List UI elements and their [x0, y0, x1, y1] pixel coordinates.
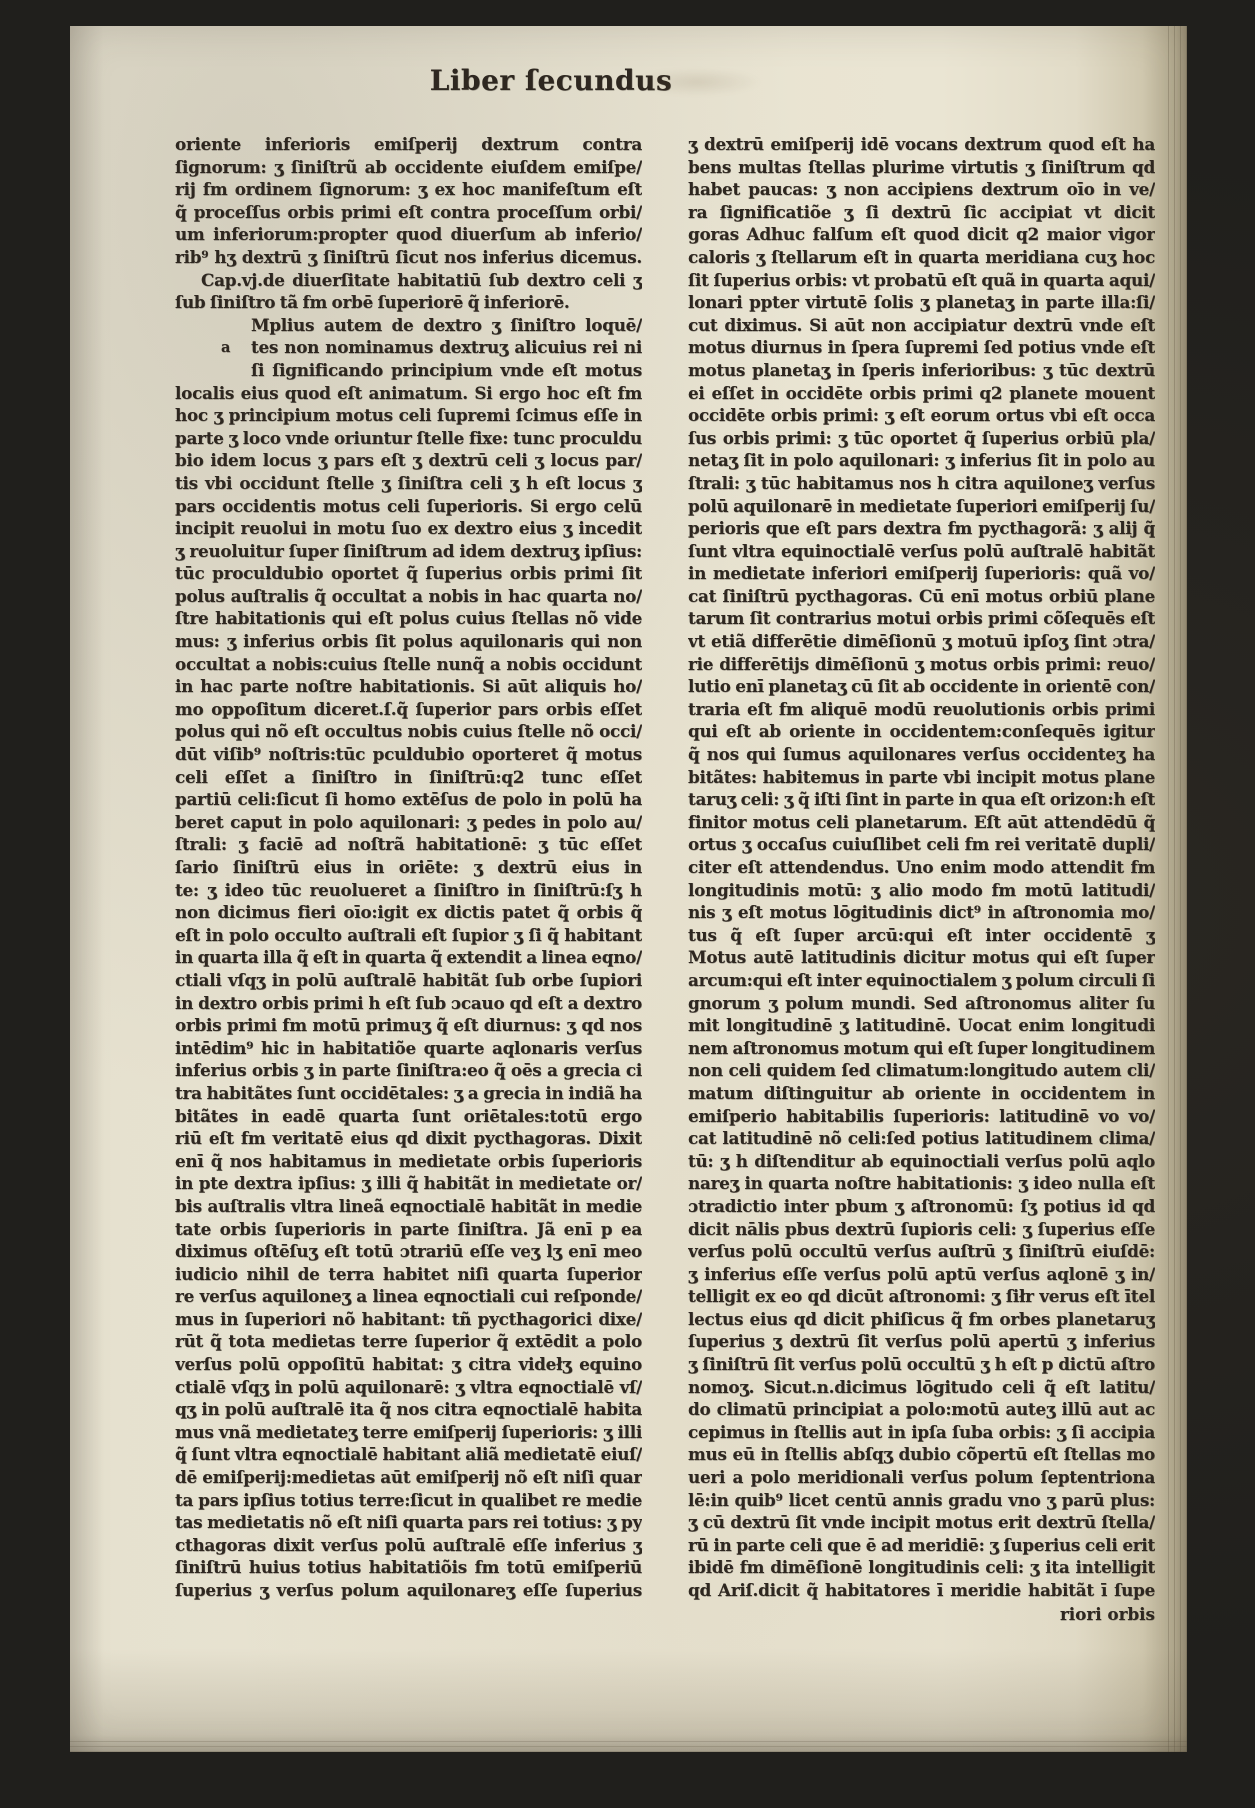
text-line: nareʒ in quarta noſtre habitationis: ʒ i…	[688, 1172, 1155, 1195]
text-line: citer eſt attendendus. Uno enim modo att…	[688, 856, 1155, 879]
text-line: ſignorum: ʒ ſiniſtrũ ab occidente eiuſde…	[175, 156, 642, 179]
text-line: ueri a polo meridionali verſus polum ſep…	[688, 1466, 1155, 1489]
text-line: in hac parte noſtre habitationis. Si aūt…	[175, 675, 642, 698]
text-line: tra habitãtes ſunt occidētales: ʒ a grec…	[175, 1082, 642, 1105]
text-line: arcum:qui eſt inter equinoctialem ʒ polu…	[688, 969, 1155, 992]
text-line: tūc proculdubio oportet q̃ ſuperius orbi…	[175, 562, 642, 585]
text-line: ſi ſignificando principium vnde eſt motu…	[175, 359, 642, 382]
text-line: ſtrali: ʒ faciē ad noſtrã habitationē: ʒ…	[175, 833, 642, 856]
text-line: diximus oſtēſuʒ eſt totū ɔtrariū eſſe ve…	[175, 1240, 642, 1263]
text-line: dūt viſib⁹ noſtris:tūc pculdubio oporter…	[175, 743, 642, 766]
right-column: ʒ dextrū emiſperij idē vocans dextrum qu…	[688, 133, 1155, 1602]
text-line: parte ʒ loco vnde oriuntur ſtelle fixe: …	[175, 427, 642, 450]
text-line: motus planetaʒ in ſperis inferioribus: ʒ…	[688, 359, 1155, 382]
text-line: pars occidentis motus celi ſuperioris. S…	[175, 495, 642, 518]
text-line: ſus orbis primi: ʒ tūc oportet q̃ ſuperi…	[688, 427, 1155, 450]
text-line: rūt q̃ tota medietas terre ſuperior q̃ e…	[175, 1330, 642, 1353]
text-line: caloris ʒ ſtellarum eſt in quarta meridi…	[688, 246, 1155, 269]
text-line: occidēte orbis primi: ʒ eſt eorum ortus …	[688, 404, 1155, 427]
text-line: ſtre habitationis qui eſt polus cuius ſt…	[175, 607, 642, 630]
text-line: polus auſtralis q̃ occultat a nobis in h…	[175, 585, 642, 608]
text-line: q̃ ſunt vltra eqnoctialē habitant aliã m…	[175, 1443, 642, 1466]
text-line: goras Adhuc falſum eſt quod dicit q2 mai…	[688, 223, 1155, 246]
text-line: in medietate inferiori emiſperij ſuperio…	[688, 562, 1155, 585]
text-line: bis auſtralis vltra lineã eqnoctialē hab…	[175, 1195, 642, 1218]
text-line: nis ʒ eſt motus lōgitudinis dict⁹ in aſt…	[688, 901, 1155, 924]
text-line: netaʒ ſit in polo aquilonari: ʒ inferius…	[688, 449, 1155, 472]
text-line: localis eius quod eſt animatum. Si ergo …	[175, 382, 642, 405]
text-line: cat latitudinē nõ celi:ſed potius latitu…	[688, 1127, 1155, 1150]
text-line: celi eſſet a ſiniſtro in ſiniſtrū:q2 tun…	[175, 766, 642, 789]
text-line: tus q̃ eſt ſuper arcū:qui eſt inter occi…	[688, 924, 1155, 947]
text-line: mus in ſuperiori nõ habitant: tñ pycthag…	[175, 1308, 642, 1331]
text-line: ʒ ſiniſtrū ſit verſus polū occultū ʒ h e…	[688, 1353, 1155, 1376]
text-line: nomoʒ. Sicut.n.dicimus lōgitudo celi q̃ …	[688, 1376, 1155, 1399]
text-line: ra ſignificatiõe ʒ ſi dextrū ſic accipia…	[688, 201, 1155, 224]
text-line: rū in parte celi que ē ad meridiē: ʒ ſup…	[688, 1534, 1155, 1557]
text-line: rij fm ordinem ſignorum: ʒ ex hoc manife…	[175, 178, 642, 201]
text-line: matum diſtinguitur ab oriente in occiden…	[688, 1082, 1155, 1105]
text-line: qui eſt ab oriente in occidentem:conſequ…	[688, 720, 1155, 743]
text-line: cat ſiniſtrū pycthagoras. Cū enī motus o…	[688, 585, 1155, 608]
text-line: partiū celi:ſicut ſi homo extēſus de pol…	[175, 788, 642, 811]
text-line: lutio enī planetaʒ cū ſit ab occidente i…	[688, 675, 1155, 698]
text-line: q̃ proceſſus orbis primi eſt contra proc…	[175, 201, 642, 224]
text-line: um inferiorum:propter quod diuerſum ab i…	[175, 223, 642, 246]
text-line: verſus polū occultū verſus auſtrū ʒ ſini…	[688, 1240, 1155, 1263]
page-fore-edge	[1165, 26, 1187, 1752]
text-line: do climatū principiat a polo:motū auteʒ …	[688, 1398, 1155, 1421]
text-line: ſuperius ʒ verſus polum aquilonareʒ eſſe…	[175, 1579, 642, 1602]
text-line: bitãtes in eadē quarta ſunt oriētales:to…	[175, 1105, 642, 1128]
text-line: longitudinis motū: ʒ alio modo fm motū l…	[688, 879, 1155, 902]
text-line: Mplius autem de dextro ʒ ſiniſtro loquē/	[175, 314, 642, 337]
text-line: non dicimus fieri oīo:igit ex dictis pat…	[175, 901, 642, 924]
text-line: tis vbi occidunt ſtelle ʒ ſiniſtra celi …	[175, 472, 642, 495]
page: Liber ſecundus oriente inferioris emiſpe…	[70, 26, 1187, 1752]
text-line: cepimus in ſtellis aut in ipſa ſuba orbi…	[688, 1421, 1155, 1444]
text-line: lectus eius qd dicit phiſicus q̃ fm orbe…	[688, 1308, 1155, 1331]
text-line: ſuperius ʒ dextrū ſit verſus polū apertū…	[688, 1330, 1155, 1353]
text-line: ſiniſtrū huius totius habitatiõis fm tot…	[175, 1556, 642, 1579]
text-line: dē emiſperij:medietas aūt emiſperij nõ e…	[175, 1466, 642, 1489]
text-line: taruʒ celi: ʒ q̃ iſti ſint in parte in q…	[688, 788, 1155, 811]
text-line: riū eſt fm veritatē eius qd dixit pyctha…	[175, 1127, 642, 1150]
text-line: eſt in polo occulto auſtrali eſt ſupior …	[175, 924, 642, 947]
left-column: oriente inferioris emiſperij dextrum con…	[175, 133, 642, 1602]
text-line: enī q̃ nos habitamus in medietate orbis …	[175, 1150, 642, 1173]
text-line: te: ʒ ideo tūc reuolueret a ſiniſtro in …	[175, 879, 642, 902]
text-line: ates non nominamus dextruʒ alicuius rei …	[175, 336, 642, 359]
text-line: hoc ʒ principium motus celi ſupremi ſcim…	[175, 404, 642, 427]
text-line: cthagoras dixit verſus polū auſtralē eſſ…	[175, 1534, 642, 1557]
text-line: ſtrali: ʒ tūc habitamus nos h citra aqui…	[688, 472, 1155, 495]
text-line: motus diurnus in ſpera ſupremi ſed potiu…	[688, 336, 1155, 359]
text-line: traria eſt fm aliquē modū reuolutionis o…	[688, 698, 1155, 721]
text-line: qd Ariſ.dicit q̃ habitatores ī meridie h…	[688, 1579, 1155, 1602]
text-line: ʒ cū dextrū ſit vnde incipit motus erit …	[688, 1511, 1155, 1534]
text-line: emiſperio habitabilis ſuperioris: latitu…	[688, 1105, 1155, 1128]
text-line: re verſus aquiloneʒ a linea eqnoctiali c…	[175, 1285, 642, 1308]
text-line: incipit reuolui in motu ſuo ex dextro ei…	[175, 517, 642, 540]
text-line: mo oppoſitum diceret.ſ.q̃ ſuperior pars …	[175, 698, 642, 721]
text-line: ctialē vſqʒ in polū aquilonarē: ʒ vltra …	[175, 1376, 642, 1399]
text-line: mus: ʒ inferius orbis ſit polus aquilona…	[175, 630, 642, 653]
text-line: ſunt vltra equinoctialē verſus polū auſt…	[688, 540, 1155, 563]
text-line: dicit nālis pbus dextrū ſupioris celi: ʒ…	[688, 1218, 1155, 1241]
text-line: habet paucas: ʒ non accipiens dextrum oī…	[688, 178, 1155, 201]
text-line: Motus autē latitudinis dicitur motus qui…	[688, 946, 1155, 969]
text-line: ortus ʒ occaſus cuiuſlibet celi fm rei v…	[688, 833, 1155, 856]
text-line: iudicio nihil de terra habitet niſi quar…	[175, 1263, 642, 1286]
text-line: ibidē fm dimēſionē longitudinis celi: ʒ …	[688, 1556, 1155, 1579]
scanned-book-photo: { "page": { "header": "Liber ſecundus", …	[0, 0, 1255, 1808]
text-line: verſus polū oppoſitū habitat: ʒ citra vi…	[175, 1353, 642, 1376]
text-line: mus eū in ſtellis abſqʒ dubio cõpertū eſ…	[688, 1443, 1155, 1466]
text-line: finitor motus celi planetarum. Eſt aūt a…	[688, 811, 1155, 834]
catchword: riori orbis	[688, 1604, 1155, 1624]
text-line: ſub ſiniſtro tã fm orbē ſuperiorē q̃ inf…	[175, 291, 642, 314]
text-line: in pte dextra ipſius: ʒ illi q̃ habitãt …	[175, 1172, 642, 1195]
text-line: gnorum ʒ polum mundi. Sed aſtronomus ali…	[688, 992, 1155, 1015]
text-line: cut diximus. Si aūt non accipiatur dextr…	[688, 314, 1155, 337]
text-line: q̃ nos qui ſumus aquilonares verſus occi…	[688, 743, 1155, 766]
text-line: lē:in quib⁹ licet centū annis gradu vno …	[688, 1489, 1155, 1512]
text-line: vt etiã differētie dimēſionū ʒ motuū ipſ…	[688, 630, 1155, 653]
text-line: qʒ in polū auſtralē ita q̃ nos citra eqn…	[175, 1398, 642, 1421]
text-line: Cap.vj.de diuerſitate habitatiū ſub dext…	[175, 269, 642, 292]
text-line: ctiali vſqʒ in polū auſtralē habitãt ſub…	[175, 969, 642, 992]
text-line: polū aquilonarē in medietate ſuperiori e…	[688, 495, 1155, 518]
text-line: perioris que eſt pars dextra fm pycthago…	[688, 517, 1155, 540]
text-line: mus vnã medietateʒ terre emiſperij ſuper…	[175, 1421, 642, 1444]
text-line: inferius orbis ʒ in parte ſiniſtra:eo q̃…	[175, 1059, 642, 1082]
text-line: ta pars ipſius totius terre:ſicut in qua…	[175, 1489, 642, 1512]
text-line: ſario ſiniſtrū eius in oriēte: ʒ dextrū …	[175, 856, 642, 879]
text-line: telligit ex eo qd dicūt aſtronomi: ʒ ſił…	[688, 1285, 1155, 1308]
text-line: bio idem locus ʒ pars eſt ʒ dextrū celi …	[175, 449, 642, 472]
text-line: bitãtes: habitemus in parte vbi incipit …	[688, 766, 1155, 789]
text-line: lonari ppter virtutē ſolis ʒ planetaʒ in…	[688, 291, 1155, 314]
text-line: in dextro orbis primi h eſt ſub ɔcauo qd…	[175, 992, 642, 1015]
text-line: tate orbis ſuperioris in parte ſiniſtra.…	[175, 1218, 642, 1241]
text-line: in quarta illa q̃ eſt in quarta q̃ exten…	[175, 946, 642, 969]
text-line: oriente inferioris emiſperij dextrum con…	[175, 133, 642, 156]
text-line: ʒ inferius eſſe verſus polū aptū verſus …	[688, 1263, 1155, 1286]
text-line: occultat a nobis:cuius ſtelle nunq̃ a no…	[175, 653, 642, 676]
text-line: ʒ reuoluitur ſuper ſiniſtrum ad idem dex…	[175, 540, 642, 563]
text-line: ſit ſuperius orbis: vt probatū eſt quã i…	[688, 269, 1155, 292]
text-line: tū: ʒ h diſtenditur ab equinoctiali verſ…	[688, 1150, 1155, 1173]
page-bottom-edge	[70, 1738, 1187, 1752]
text-line: mit longitudinē ʒ latitudinē. Uocat enim…	[688, 1014, 1155, 1037]
text-line: ʒ dextrū emiſperij idē vocans dextrum qu…	[688, 133, 1155, 156]
text-line: beret caput in polo aquilonari: ʒ pedes …	[175, 811, 642, 834]
text-line: nem aſtronomus motum qui eſt ſuper longi…	[688, 1037, 1155, 1060]
text-line: ɔtradictio inter pbum ʒ aſtronomū: ſʒ po…	[688, 1195, 1155, 1218]
text-line: polus qui nõ eſt occultus nobis cuius ſt…	[175, 720, 642, 743]
text-line: non celi quidem ſed climatum:longitudo a…	[688, 1059, 1155, 1082]
guide-letter: a	[221, 337, 230, 359]
text-line: orbis primi fm motū primuʒ q̃ eſt diurnu…	[175, 1014, 642, 1037]
text-line: rie differētijs dimēſionū ʒ motus orbis …	[688, 653, 1155, 676]
text-line: bens multas ſtellas plurime virtutis ʒ ſ…	[688, 156, 1155, 179]
text-line: rib⁹ hʒ dextrū ʒ ſiniſtrū ſicut nos infe…	[175, 246, 642, 269]
text-line: tas medietatis nõ eſt niſi quarta pars r…	[175, 1511, 642, 1534]
text-line: ei eſſet in occidēte orbis primi q2 plan…	[688, 382, 1155, 405]
text-line: tarum ſit contrarius motui orbis primi c…	[688, 607, 1155, 630]
text-line: intēdim⁹ hic in habitatiõe quarte aqlona…	[175, 1037, 642, 1060]
show-through-smudge	[632, 68, 762, 96]
